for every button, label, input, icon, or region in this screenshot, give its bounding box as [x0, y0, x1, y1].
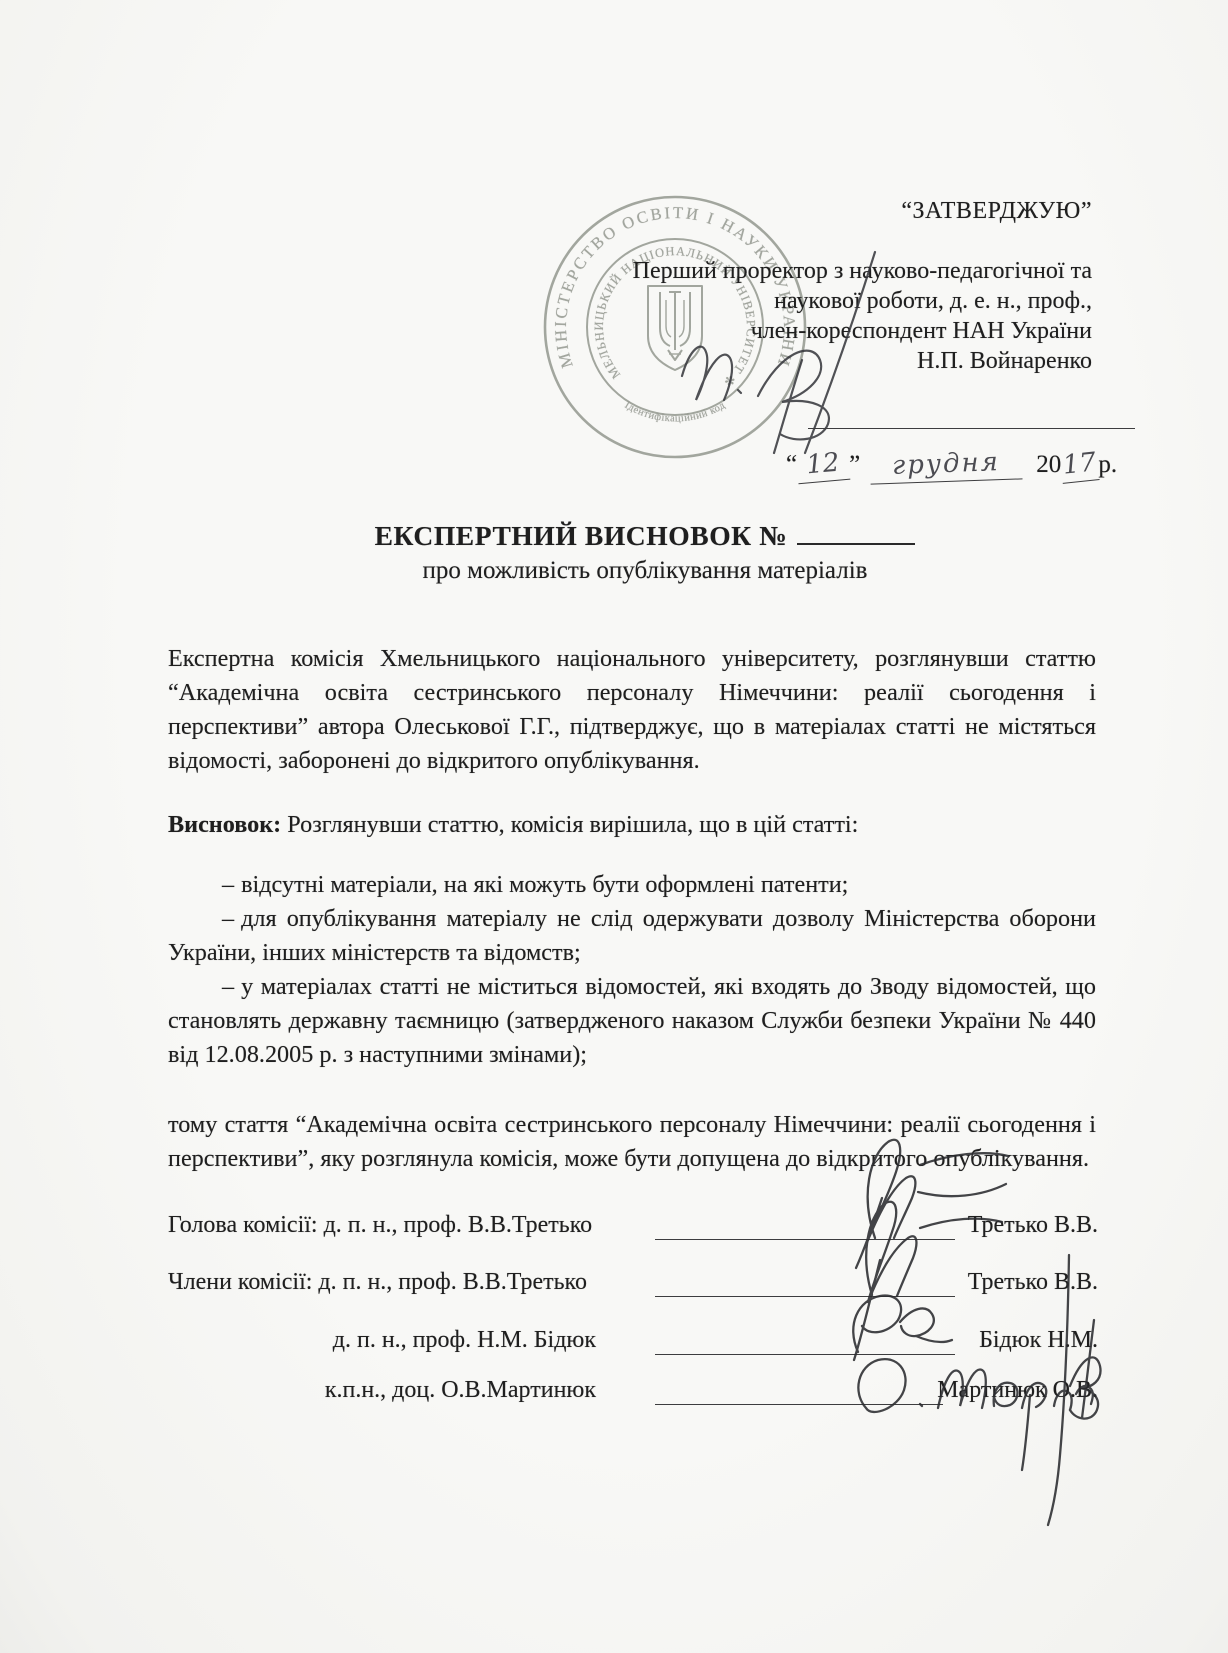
- bullet-text: відсутні матеріали, на які можуть бути о…: [241, 871, 848, 898]
- handwritten-month: грудня: [870, 446, 1023, 484]
- bullet-item: –для опублікування матеріалу не слід оде…: [168, 902, 1096, 970]
- bullet-marker: –: [222, 905, 234, 932]
- signature-line: [655, 1296, 955, 1297]
- number-blank-line: [797, 514, 915, 545]
- conclusion-paragraph: Висновок: Розглянувши статтю, комісія ви…: [168, 808, 1096, 842]
- bullet-item: –відсутні матеріали, на які можуть бути …: [168, 868, 1096, 902]
- approve-label: “ЗАТВЕРДЖУЮ”: [633, 196, 1092, 226]
- title-block: ЕКСПЕРТНИЙ ВИСНОВОК № про можливість опу…: [170, 514, 1120, 585]
- year-label: р.: [1098, 451, 1117, 478]
- conclusion-label: Висновок:: [168, 811, 281, 838]
- bullet-item: –у матеріалах статті не міститься відомо…: [168, 970, 1096, 1072]
- handwritten-day: 12: [796, 447, 851, 484]
- signer-title: д. п. н., проф. Н.М. Бідюк: [168, 1327, 610, 1354]
- bullet-text: для опублікування матеріалу не слід одер…: [168, 905, 1096, 966]
- approver-role-line-1: Перший проректор з науково-педагогічної …: [633, 256, 1092, 286]
- signature-row: Голова комісії: д. п. н., проф. В.В.Трет…: [168, 1212, 1098, 1254]
- signer-title: к.п.н., доц. О.В.Мартинюк: [168, 1377, 610, 1404]
- signature-line: [655, 1354, 955, 1355]
- bullet-text: у матеріалах статті не міститься відомос…: [168, 973, 1096, 1068]
- approval-block: “ЗАТВЕРДЖУЮ” Перший проректор з науково-…: [633, 196, 1092, 376]
- approver-name: Н.П. Войнаренко: [633, 346, 1092, 376]
- document-subtitle: про можливість опублікування матеріалів: [170, 557, 1120, 585]
- signer-name: Третько В.В.: [868, 1269, 1098, 1296]
- conclusion-text: Розглянувши статтю, комісія вирішила, що…: [281, 811, 858, 838]
- seal-bottom-text: Ідентифікаційний код: [623, 400, 728, 425]
- signer-name: Бідюк Н.М.: [868, 1327, 1098, 1354]
- document-page: МІНІСТЕРСТВО ОСВІТИ І НАУКИ УКРАЇНИ ХМЕЛ…: [0, 0, 1228, 1653]
- signature-line: [655, 1239, 955, 1240]
- bullet-marker: –: [222, 973, 234, 1000]
- signature-row: д. п. н., проф. Н.М. Бідюк Бідюк Н.М.: [168, 1327, 1098, 1369]
- date-close-quote: ”: [849, 451, 860, 478]
- signer-title: Члени комісії: д. п. н., проф. В.В.Треть…: [168, 1269, 610, 1296]
- approver-role-line-2: наукової роботи, д. е. н., проф.,: [633, 286, 1092, 316]
- date-line: “12”грудня2017р.: [786, 449, 1117, 482]
- signer-title: Голова комісії: д. п. н., проф. В.В.Трет…: [168, 1212, 610, 1239]
- signer-name: Мартинюк О.В.: [868, 1377, 1098, 1404]
- signature-row: Члени комісії: д. п. н., проф. В.В.Треть…: [168, 1269, 1098, 1311]
- signer-name: Третько В.В.: [868, 1212, 1098, 1239]
- approver-role-line-3: член-кореспондент НАН України: [633, 316, 1092, 346]
- closing-paragraph: тому стаття “Академічна освіта сестринсь…: [168, 1108, 1096, 1176]
- intro-paragraph: Експертна комісія Хмельницького націонал…: [168, 642, 1096, 778]
- signature-row: к.п.н., доц. О.В.Мартинюк Мартинюк О.В.: [168, 1377, 1098, 1419]
- document-title-text: ЕКСПЕРТНИЙ ВИСНОВОК №: [375, 520, 788, 551]
- rector-signature-line: [808, 428, 1135, 429]
- signature-line: [655, 1404, 943, 1405]
- handwritten-year: 17: [1060, 447, 1100, 484]
- year-prefix: 20: [1036, 451, 1061, 478]
- bullet-marker: –: [222, 871, 234, 898]
- document-title: ЕКСПЕРТНИЙ ВИСНОВОК №: [170, 514, 1120, 552]
- document-body: Експертна комісія Хмельницького націонал…: [168, 642, 1096, 1176]
- conclusion-list: –відсутні матеріали, на які можуть бути …: [168, 868, 1096, 1072]
